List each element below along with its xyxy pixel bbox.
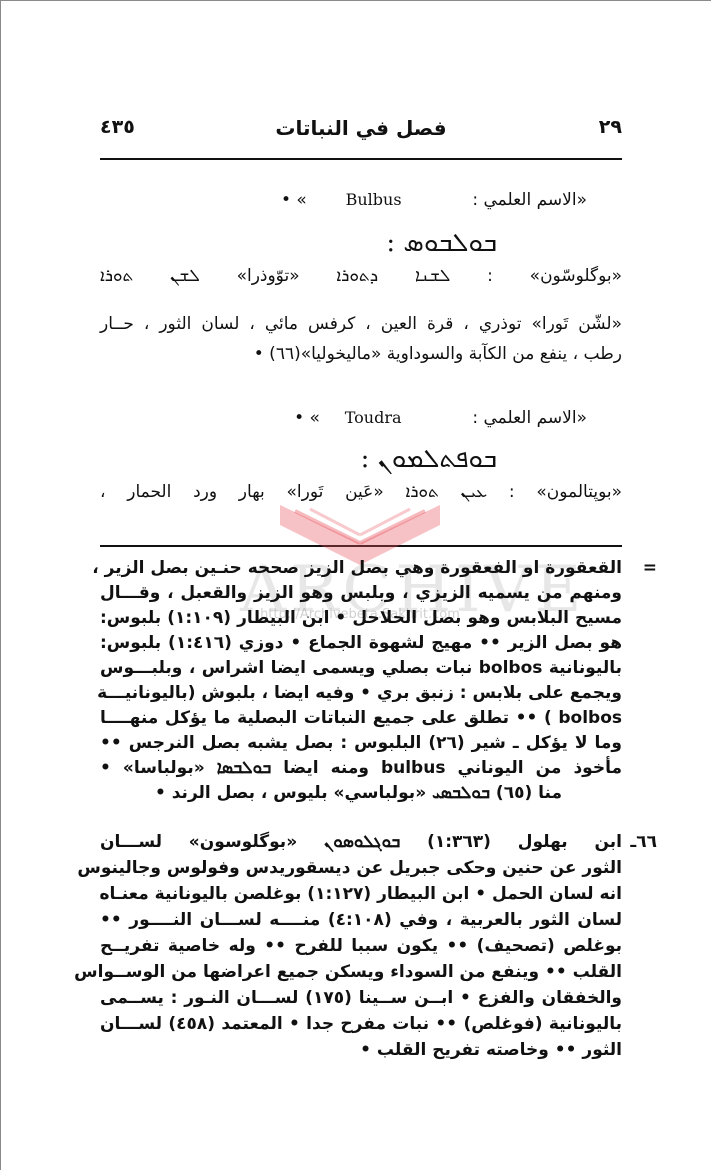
footnote-line: انه لسان الحمل • ابن البيطار (١:١٢٧) بوغ… [100,884,622,904]
syriac-heading-1: ܒܘܠܒܘܣ : [386,228,497,259]
footnote-line: بوغلص (تصحيف) •• يكون سببا للفرح •• وله … [100,936,622,956]
entry-1-body: «بوگلوسّون» : ܠܫܢܐ ܕܬܘܪܐ «توّوذرا» ܠܫܢ ܬ… [100,266,622,386]
footnote-line: الثور عن حنين وحكى جبريل عن ديسقوريدس وف… [100,858,622,878]
sci-end: » • [281,190,307,210]
entry-line: «لشّن تَورا» توذري ، قرة العين ، كرفس ما… [100,314,622,334]
footnote-marker: = [643,558,657,578]
footnote-marker: ٦٦ـ [630,832,657,852]
sci-name: Toudra [345,408,402,427]
entry-line: رطب ، ينفع من الكآبة والسوداوية «ماليخول… [100,344,622,364]
footnote-line: القلب •• وينفع من السوداء ويسكن جميع اعر… [100,962,622,982]
footnote-line: منا (٦٥) ܒܘܠܒܣܝ «بولباسي» بليوس ، بصل ال… [100,783,562,803]
footnote-line: وما لا يؤكل ـ شير (٢٦) البلبوس : بصل يشب… [100,733,622,753]
page-header: ٢٩ فصل في النباتات ٤٣٥ [100,112,622,148]
entry-line: «بوگلوسّون» : ܠܫܢܐ ܕܬܘܪܐ «توّوذرا» ܠܫܢ ܬ… [100,266,622,286]
sci-end: » • [294,408,320,428]
scientific-name-line-1: «الاسم العلمي : Bulbus » • [281,190,587,210]
header-rule [100,158,622,160]
sci-label: «الاسم العلمي : [472,408,587,428]
footnote-line: لسان الثور بالعربية ، وفي (٤:١٠٨) منــــ… [100,910,622,930]
sci-label: «الاسم العلمي : [472,190,587,210]
footnote-line: ويجمع على بلابس : زنبق بري • وفيه ايضا ،… [100,683,622,703]
footnote-line: bolbos ) •• تطلق على جميع النباتات البصل… [100,708,622,728]
entry-line: «بوپتالمون» : ܥܝܢ ܬܘܪܐ «عَين تَورا» بهار… [100,482,622,502]
footnote-line: باليونانية (فوغلص) •• نبات مفرح جدا • ال… [100,1014,622,1034]
footnote-1: = القعقورة او الفعقورة وهي بصل الزيز صحح… [100,558,622,798]
entry-2-body: «بوپتالمون» : ܥܝܢ ܬܘܪܐ «عَين تَورا» بهار… [100,482,622,522]
footnote-line: القعقورة او الفعقورة وهي بصل الزيز صححه … [100,558,622,578]
footnote-line: الثور •• وخاصته تفريح القلب • [100,1040,622,1060]
footnote-line: والخفقان والفزع • ابــن ســينا (١٧٥) لسـ… [100,988,622,1008]
footnote-line: مأخوذ من اليوناني bulbus ومنه ايضا ܒܘܠܒܣ… [100,758,622,778]
scientific-name-line-2: «الاسم العلمي : Toudra » • [294,408,587,428]
page-number-left: ٤٣٥ [100,116,135,138]
footnote-line: هو بصل الزير •• مهيج لشهوة الجماع • دوزي… [100,633,622,653]
running-title: فصل في النباتات [100,116,622,140]
footnote-line: باليونانية bolbos نبات بصلي ويسمى ايضا ا… [100,658,622,678]
syriac-heading-2: ܒܘܦܬܠܡܘܢ : [361,444,497,475]
footnote-separator [100,545,622,547]
sci-name: Bulbus [346,190,402,209]
footnote-line: مسيح البلابس وهو بصل الحلاحل • ابن البيط… [100,608,622,628]
footnote-line: ابن بهلول (١:٣٦٣) ܒܘܓܠܘܣܘܢ «بوگلوسون» لس… [100,832,622,852]
footnote-66: ٦٦ـ ابن بهلول (١:٣٦٣) ܒܘܓܠܘܣܘܢ «بوگلوسون… [100,832,622,1072]
footnote-line: ومنهم من يسميه الزيزي ، وبلبس وهو الزيز … [100,583,622,603]
